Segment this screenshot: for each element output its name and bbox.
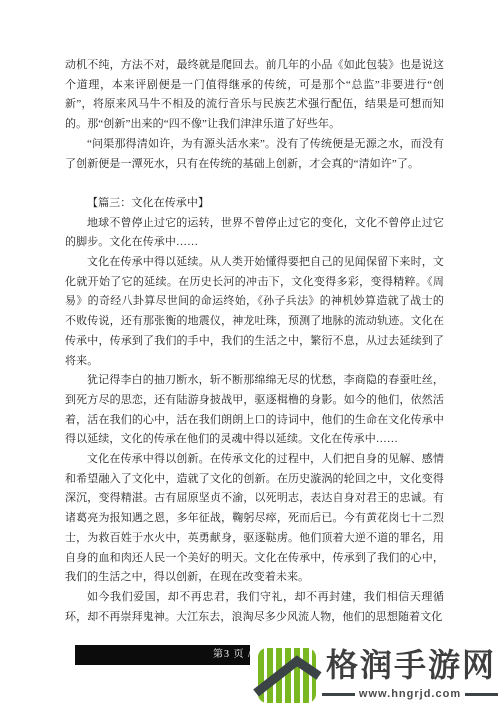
url-divider-left xyxy=(322,693,355,696)
paragraph: 文化在传承中得以创新。在传承文化的过程中，人们把自身的见解、感情和希望融入了文化… xyxy=(65,450,444,588)
page-number-label: 第3 页 / xyxy=(213,645,252,665)
watermark: 格润手游网 www.hngrjd.com xyxy=(250,636,500,707)
section-heading: 【篇三：文化在传承中】 xyxy=(65,194,444,214)
paragraph: 如今我们爱国，却不再忠君，我们守礼，却不再封建，我们相信天理循环，却不再崇拜鬼神… xyxy=(65,588,444,627)
site-logo-icon xyxy=(258,648,316,703)
paragraph: 地球不曾停止过它的运转，世界不曾停止过它的变化，文化不曾停止过它的脚步。文化在传… xyxy=(65,214,444,253)
paragraph: “问渠那得清如许，为有源头活水来”。没有了传统便是无源之水，而没有了创新便是一潭… xyxy=(65,135,444,174)
paragraph: 动机不纯，方法不对，最终就是爬回去。前几年的小品《如此包装》也是说这个道理，本来… xyxy=(65,56,444,135)
paragraph: 文化在传承中得以延续。从人类开始懂得要把自己的见闻保留下来时，文化就开始了它的延… xyxy=(65,253,444,371)
document-body: 动机不纯，方法不对，最终就是爬回去。前几年的小品《如此包装》也是说这个道理，本来… xyxy=(65,56,444,627)
brand-text: 格润手游网 xyxy=(326,648,500,682)
url-divider-right xyxy=(465,693,498,696)
site-url: www.hngrjd.com xyxy=(359,688,461,700)
paragraph: 犹记得李白的抽刀断水，斩不断那绵绵无尽的忧愁，李商隐的春蚕吐丝，到死方尽的思恋，… xyxy=(65,371,444,450)
site-url-row: www.hngrjd.com xyxy=(322,687,498,701)
